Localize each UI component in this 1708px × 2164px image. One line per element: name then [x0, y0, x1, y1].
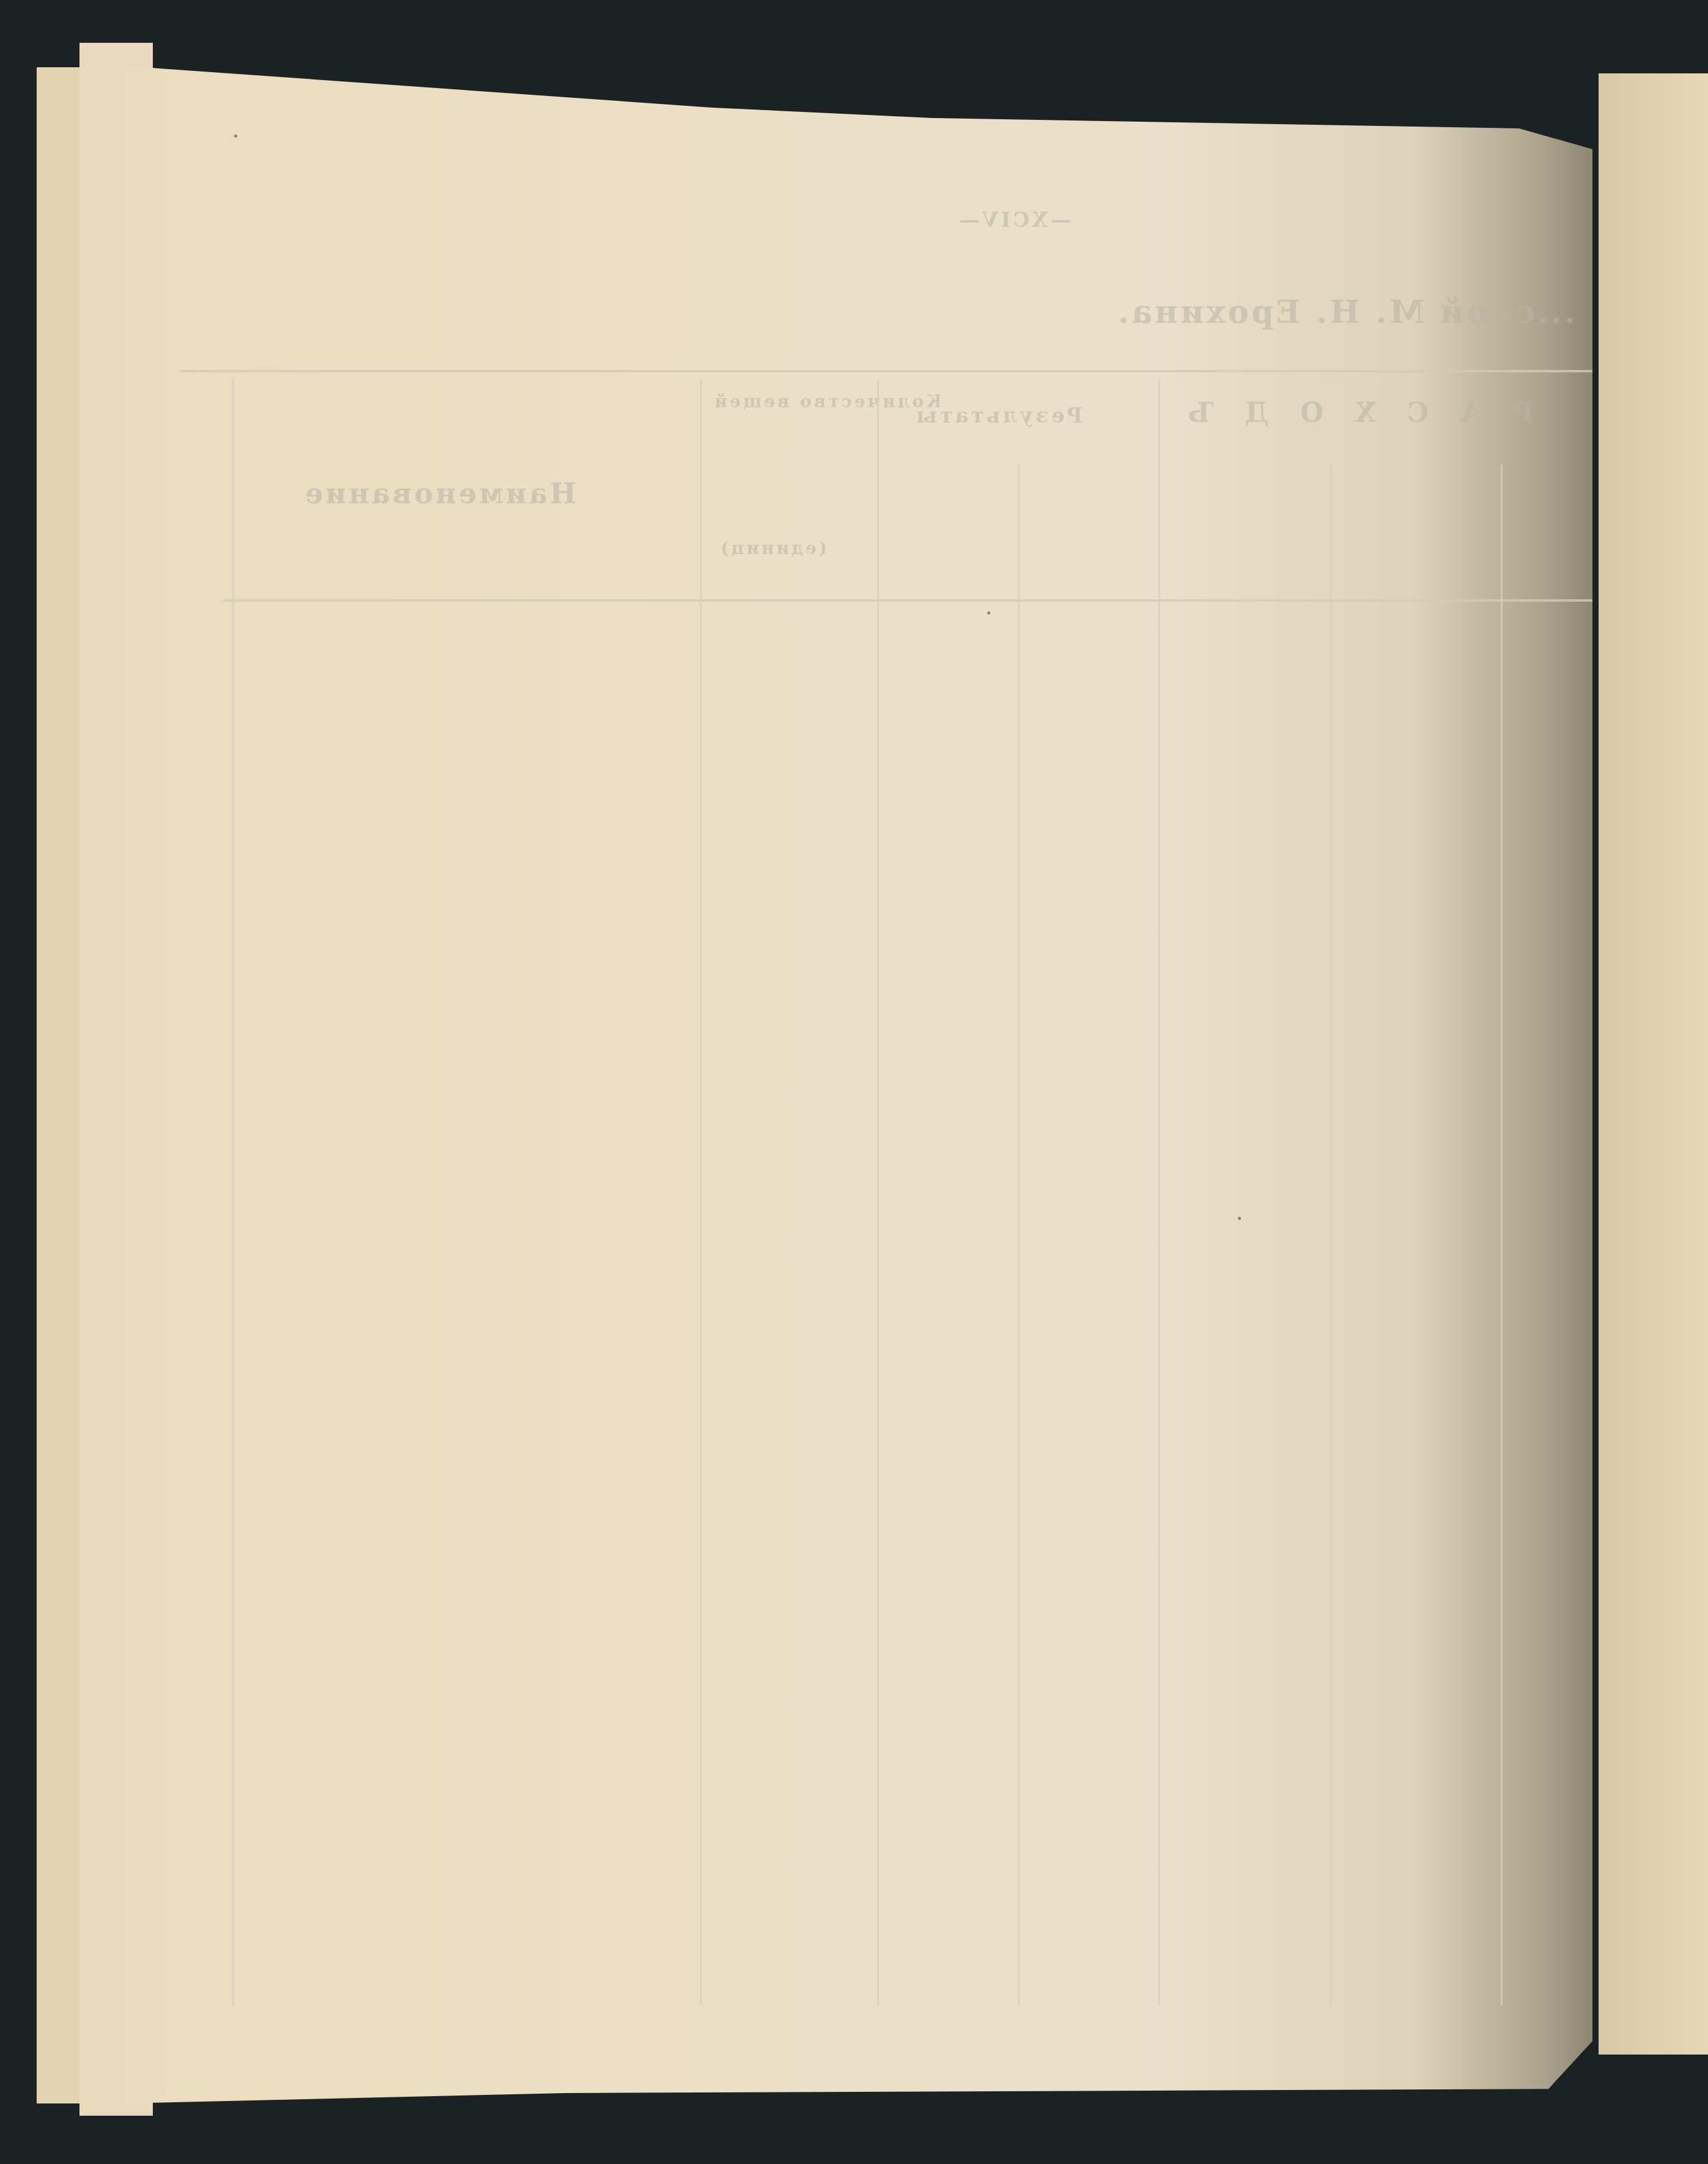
ledger-page: —XCIV— ...ской М. Н. Ерохина. Наименован…: [125, 24, 1592, 2103]
ghost-column-quantity: Количество вещей: [712, 391, 941, 412]
ghost-column-results: Результаты: [914, 404, 1083, 428]
ghost-column-quantity-sub: (единиц): [718, 538, 827, 558]
facing-page: [1599, 73, 1708, 2055]
paper-speck: [234, 135, 237, 138]
paper-speck: [1238, 1217, 1241, 1220]
ghost-column-expense: Р А С Х О Д Ъ: [1177, 397, 1534, 429]
col-rule: [1501, 465, 1503, 2006]
paper-speck: [987, 611, 990, 615]
ghost-page-number: —XCIV—: [957, 208, 1071, 232]
col-rule: [1018, 465, 1020, 2006]
table-top-rule: [180, 370, 1592, 372]
header-bottom-rule: [223, 599, 1592, 602]
ghost-column-name: Наименование: [303, 477, 576, 510]
col-rule: [700, 379, 702, 2006]
ghost-running-title: ...ской М. Н. Ерохина.: [1116, 294, 1575, 331]
col-rule: [1158, 379, 1160, 2006]
col-rule: [232, 379, 234, 2006]
col-rule: [877, 379, 879, 2006]
col-rule: [1330, 465, 1331, 2006]
